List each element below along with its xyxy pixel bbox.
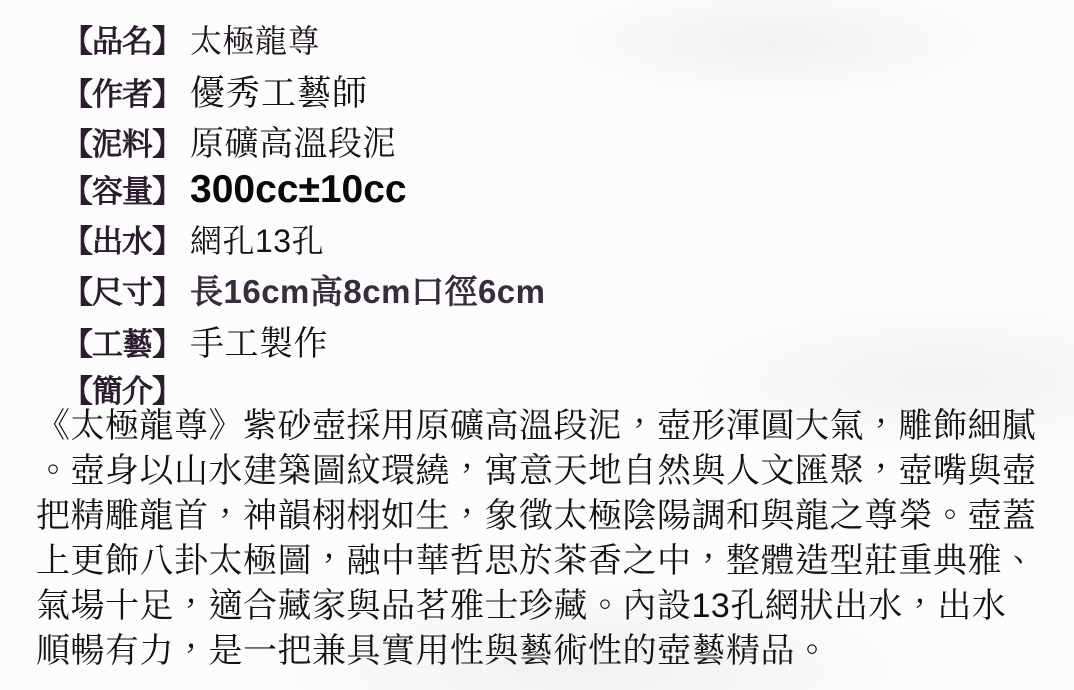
description-line: 氣場十足，適合藏家與品茗雅士珍藏。內設13孔網狀出水，出水: [36, 584, 1066, 629]
spec-label-capacity: 【容量】: [62, 166, 190, 211]
spec-value-dimensions: 長16cm高8cm口徑6cm: [190, 266, 546, 313]
spec-value-author: 優秀工藝師: [190, 66, 368, 116]
spec-row-dimensions: 【尺寸】 長16cm高8cm口徑6cm: [62, 266, 1054, 316]
spec-value-water-outflow: 網孔13孔: [190, 216, 324, 262]
spec-value-craftsmanship: 手工製作: [190, 316, 328, 365]
spec-label-dimensions: 【尺寸】: [62, 267, 190, 312]
spec-value-clay-material: 原礦高溫段泥: [190, 116, 397, 165]
spec-label-clay-material: 【泥料】: [62, 119, 190, 164]
spec-row-craftsmanship: 【工藝】 手工製作: [62, 316, 1054, 366]
description-line: 。壺身以山水建築圖紋環繞，寓意天地自然與人文匯聚，壺嘴與壺: [36, 449, 1066, 494]
spec-list: 【品名】 太極龍尊 【作者】 優秀工藝師 【泥料】 原礦高溫段泥 【容量】 30…: [62, 16, 1054, 408]
spec-label-water-outflow: 【出水】: [62, 216, 190, 261]
spec-label-author: 【作者】: [62, 69, 190, 114]
spec-row-clay-material: 【泥料】 原礦高溫段泥: [62, 116, 1054, 166]
spec-value-product-name: 太極龍尊: [190, 16, 320, 62]
spec-row-author: 【作者】 優秀工藝師: [62, 66, 1054, 116]
spec-label-craftsmanship: 【工藝】: [62, 319, 190, 364]
product-spec-sheet: 【品名】 太極龍尊 【作者】 優秀工藝師 【泥料】 原礦高溫段泥 【容量】 30…: [0, 0, 1074, 690]
spec-row-product-name: 【品名】 太極龍尊: [62, 16, 1054, 66]
description-line: 把精雕龍首，神韻栩栩如生，象徵太極陰陽調和與龍之尊榮。壺蓋: [36, 494, 1066, 539]
spec-label-product-name: 【品名】: [62, 16, 190, 61]
spec-row-introduction: 【簡介】: [62, 366, 1054, 408]
spec-row-capacity: 【容量】 300cc±10cc: [62, 166, 1054, 216]
description-line: 《太極龍尊》紫砂壺採用原礦高溫段泥，壺形渾圓大氣，雕飾細膩: [36, 404, 1066, 449]
description-line: 上更飾八卦太極圖，融中華哲思於茶香之中，整體造型莊重典雅、: [36, 539, 1066, 584]
description-line: 順暢有力，是一把兼具實用性與藝術性的壺藝精品。: [36, 629, 1066, 674]
product-description: 《太極龍尊》紫砂壺採用原礦高溫段泥，壺形渾圓大氣，雕飾細膩 。壺身以山水建築圖紋…: [36, 404, 1066, 674]
spec-row-water-outflow: 【出水】 網孔13孔: [62, 216, 1054, 266]
spec-value-capacity: 300cc±10cc: [190, 168, 407, 212]
